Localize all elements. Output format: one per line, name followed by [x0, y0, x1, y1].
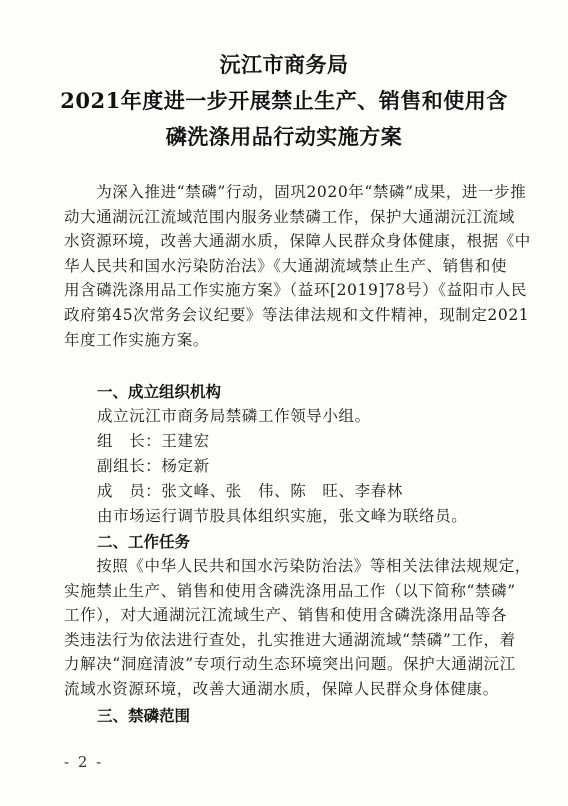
document-title-line-3: 磷洗涤用品行动实施方案	[0, 124, 568, 150]
section-2-line: 按照《中华人民共和国水污染防治法》等相关法律法规规定，	[64, 554, 520, 579]
section-2-line: 工作），对大通湖沅江流域生产、销售和使用含磷洗涤用品等各	[64, 603, 520, 628]
section-1-liaison: 由市场运行调节股具体组织实施，张文峰为联络员。	[97, 505, 467, 527]
section-2-heading: 二、工作任务	[97, 531, 190, 553]
intro-line: 年度工作实施方案。	[64, 328, 520, 353]
section-1-heading: 一、成立组织机构	[97, 381, 221, 403]
document-title-issuer: 沅江市商务局	[0, 52, 568, 78]
intro-line: 用含磷洗涤用品工作实施方案》（益环[2019]78号）《益阳市人民	[64, 278, 520, 303]
section-1-members: 成 员：张文峰、张 伟、陈 旺、李春林	[97, 480, 403, 502]
section-2-paragraph: 按照《中华人民共和国水污染防治法》等相关法律法规规定， 实施禁止生产、销售和使用…	[64, 554, 520, 702]
document-page: 沅江市商务局 2021年度进一步开展禁止生产、销售和使用含 磷洗涤用品行动实施方…	[0, 0, 568, 806]
section-2-line: 类违法行为依法进行查处，扎实推进大通湖流域“禁磷”工作，着	[64, 628, 520, 653]
intro-line: 为深入推进“禁磷”行动，固巩2020年“禁磷”成果，进一步推	[64, 180, 520, 205]
document-title-line-2: 2021年度进一步开展禁止生产、销售和使用含	[0, 88, 568, 114]
intro-paragraph: 为深入推进“禁磷”行动，固巩2020年“禁磷”成果，进一步推 动大通湖沅江流域范…	[64, 180, 520, 352]
intro-line: 华人民共和国水污染防治法》《大通湖流域禁止生产、销售和使	[64, 254, 520, 279]
intro-line: 水资源环境，改善大通湖水质，保障人民群众身体健康，根据《中	[64, 229, 520, 254]
intro-line: 动大通湖沅江流域范围内服务业禁磷工作，保护大通湖沅江流域	[64, 205, 520, 230]
section-2-line: 流域水资源环境，改善大通湖水质，保障人民群众身体健康。	[64, 677, 520, 702]
section-2-line: 实施禁止生产、销售和使用含磷洗涤用品工作（以下简称“禁磷”	[64, 579, 520, 604]
intro-line: 政府第45次常务会议纪要》等法律法规和文件精神，现制定2021	[64, 303, 520, 328]
section-1-leader: 组 长：王建宏	[97, 430, 210, 452]
section-2-line: 力解决“洞庭清波”专项行动生态环境突出问题。保护大通湖沅江	[64, 652, 520, 677]
section-3-heading: 三、禁磷范围	[97, 705, 190, 727]
section-1-deputy-leader: 副组长：杨定新	[97, 455, 210, 477]
page-number: - 2 -	[64, 753, 103, 771]
section-1-line: 成立沅江市商务局禁磷工作领导小组。	[97, 405, 371, 427]
